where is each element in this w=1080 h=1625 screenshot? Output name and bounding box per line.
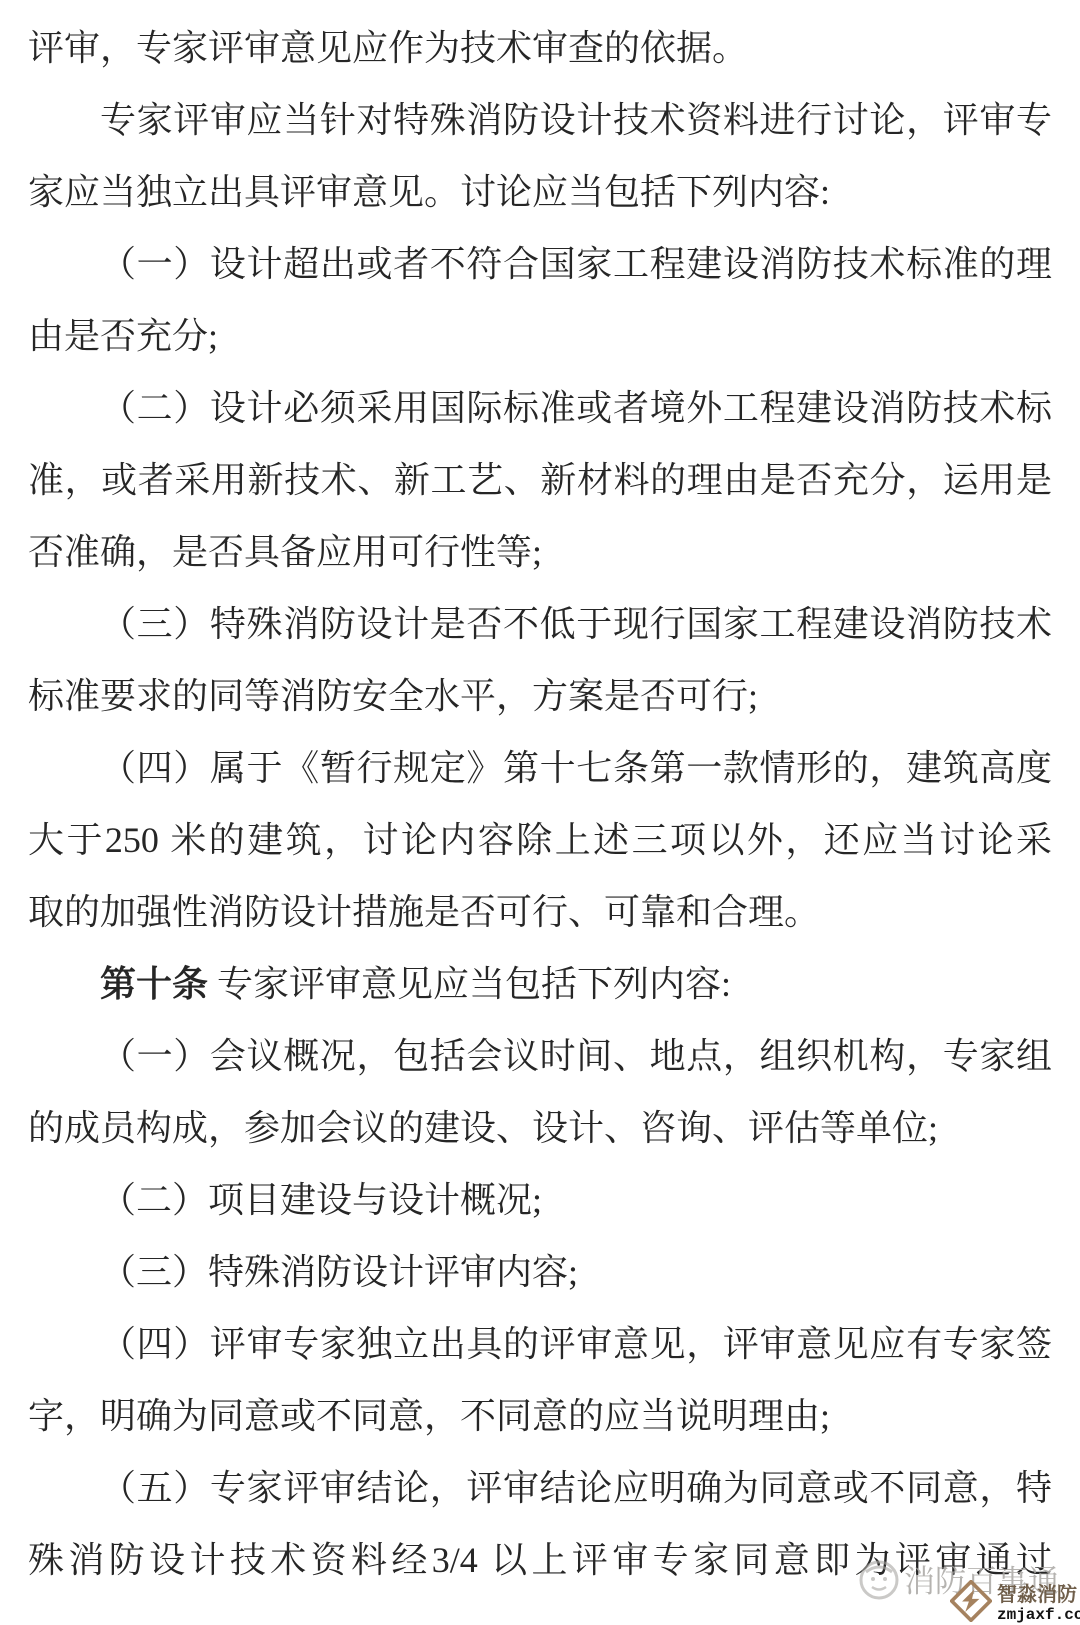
doc-line: （五）专家评审结论，评审结论应明确为同意或不同意，特 <box>28 1452 1052 1524</box>
doc-line: （三）特殊消防设计评审内容; <box>28 1236 1052 1308</box>
doc-line: 评审，专家评审意见应作为技术审查的依据。 <box>28 12 1052 84</box>
doc-line: 否准确，是否具备应用可行性等; <box>28 516 1052 588</box>
article-text: 专家评审意见应当包括下列内容: <box>208 964 731 1004</box>
doc-line: （四）属于《暂行规定》第十七条第一款情形的，建筑高度 <box>28 732 1052 804</box>
doc-line: 大于250 米的建筑，讨论内容除上述三项以外，还应当讨论采 <box>28 804 1052 876</box>
brand-name: 智淼消防 <box>997 1584 1080 1606</box>
doc-line: （一）设计超出或者不符合国家工程建设消防技术标准的理 <box>28 228 1052 300</box>
doc-line: （二）项目建设与设计概况; <box>28 1164 1052 1236</box>
doc-heading-line: 第十条 专家评审意见应当包括下列内容: <box>28 948 1052 1020</box>
doc-line: 由是否充分; <box>28 300 1052 372</box>
doc-line: 专家评审应当针对特殊消防设计技术资料进行讨论，评审专 <box>28 84 1052 156</box>
document-page: 评审，专家评审意见应作为技术审查的依据。 专家评审应当针对特殊消防设计技术资料进… <box>28 12 1052 1596</box>
brand-zhimiao: 智淼消防 zmjaxf.com <box>950 1580 1080 1625</box>
diamond-bolt-logo <box>950 1580 992 1625</box>
doc-line: 字，明确为同意或不同意，不同意的应当说明理由; <box>28 1380 1052 1452</box>
doc-line: 标准要求的同等消防安全水平，方案是否可行; <box>28 660 1052 732</box>
doc-line: 取的加强性消防设计措施是否可行、可靠和合理。 <box>28 876 1052 948</box>
doc-line: （四）评审专家独立出具的评审意见，评审意见应有专家签 <box>28 1308 1052 1380</box>
doc-line: （二）设计必须采用国际标准或者境外工程建设消防技术标 <box>28 372 1052 444</box>
doc-line: 的成员构成，参加会议的建设、设计、咨询、评估等单位; <box>28 1092 1052 1164</box>
doc-line: （三）特殊消防设计是否不低于现行国家工程建设消防技术 <box>28 588 1052 660</box>
doc-line: 殊消防设计技术资料经3/4 以上评审专家同意即为评审通过 <box>28 1524 1052 1596</box>
doc-line: 家应当独立出具评审意见。讨论应当包括下列内容: <box>28 156 1052 228</box>
doc-line: 准，或者采用新技术、新工艺、新材料的理由是否充分，运用是 <box>28 444 1052 516</box>
article-number: 第十条 <box>100 964 208 1004</box>
brand-site-url: zmjaxf.com <box>997 1606 1080 1624</box>
doc-line: （一）会议概况，包括会议时间、地点，组织机构，专家组 <box>28 1020 1052 1092</box>
